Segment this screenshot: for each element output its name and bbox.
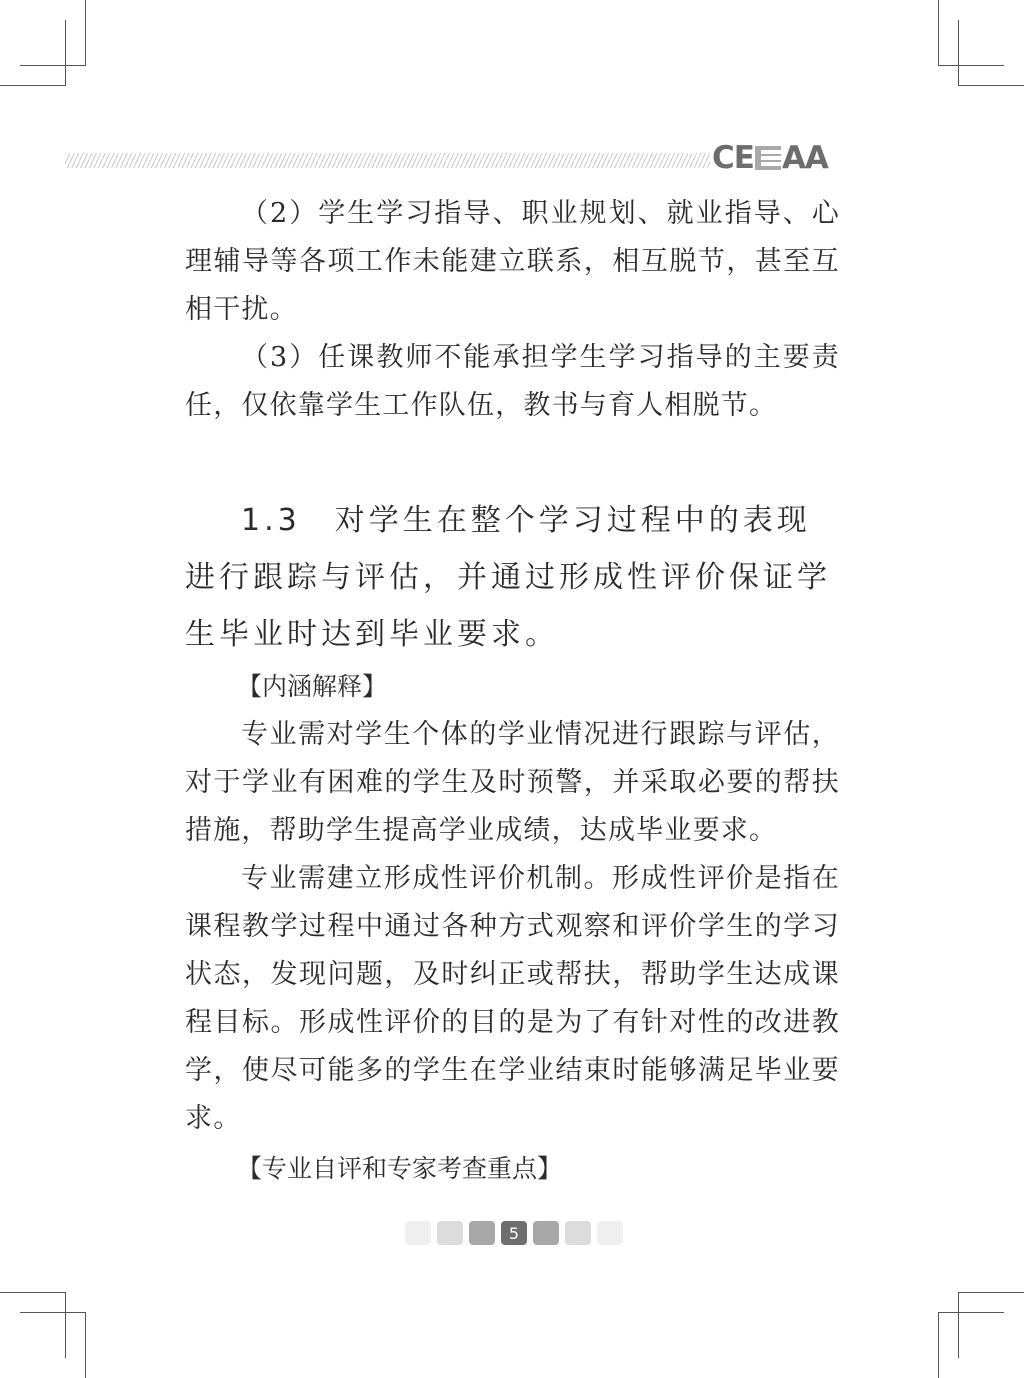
pager-block <box>469 1221 495 1245</box>
crop-mark-bottom-right <box>958 1292 1024 1293</box>
crop-mark-top-right <box>938 0 939 65</box>
crop-mark-bottom-left <box>0 1292 66 1293</box>
pager-block <box>533 1221 559 1245</box>
logo-text-aa: AA <box>782 140 828 176</box>
paragraph-explain-1: 专业需对学生个体的学业情况进行跟踪与评估，对于学业有困难的学生及时预警，并采取必… <box>185 711 840 855</box>
subheading-connotation: 【内涵解释】 <box>185 663 840 711</box>
header-hatch-bar <box>65 153 710 168</box>
section-heading-1-3: 1.3 对学生在整个学习过程中的表现进行跟踪与评估，并通过形成性评价保证学生毕业… <box>185 492 840 663</box>
crop-mark-top-left <box>65 20 66 86</box>
crop-mark-top-left <box>85 0 86 65</box>
subheading-review-focus: 【专业自评和专家考查重点】 <box>185 1145 840 1193</box>
logo-mirrored-e <box>755 146 781 170</box>
paragraph-item-3: （3）任课教师不能承担学生学习指导的主要责任，仅依靠学生工作队伍，教书与育人相脱… <box>185 334 840 430</box>
crop-mark-top-right <box>958 85 1024 86</box>
page-indicator: 5 <box>405 1221 623 1245</box>
crop-mark-top-left <box>20 65 86 66</box>
crop-mark-bottom-right <box>938 1312 939 1378</box>
pager-block <box>565 1221 591 1245</box>
logo-text-ce: CE <box>712 140 754 176</box>
crop-mark-bottom-right <box>938 1312 1004 1313</box>
page-number: 5 <box>501 1221 527 1245</box>
crop-mark-bottom-right <box>958 1292 959 1358</box>
pager-block <box>437 1221 463 1245</box>
page-content: （2）学生学习指导、职业规划、就业指导、心理辅导等各项工作未能建立联系，相互脱节… <box>185 190 840 1193</box>
pager-block <box>405 1221 431 1245</box>
crop-mark-bottom-left <box>20 1312 86 1313</box>
paragraph-item-2: （2）学生学习指导、职业规划、就业指导、心理辅导等各项工作未能建立联系，相互脱节… <box>185 190 840 334</box>
crop-mark-bottom-left <box>85 1312 86 1378</box>
pager-block <box>597 1221 623 1245</box>
crop-mark-top-right <box>938 65 1004 66</box>
crop-mark-top-right <box>958 20 959 86</box>
paragraph-explain-2: 专业需建立形成性评价机制。形成性评价是指在课程教学过程中通过各种方式观察和评价学… <box>185 855 840 1143</box>
crop-mark-bottom-left <box>65 1292 66 1358</box>
ceeaa-logo: CE AA <box>712 142 828 174</box>
crop-mark-top-left <box>0 85 66 86</box>
